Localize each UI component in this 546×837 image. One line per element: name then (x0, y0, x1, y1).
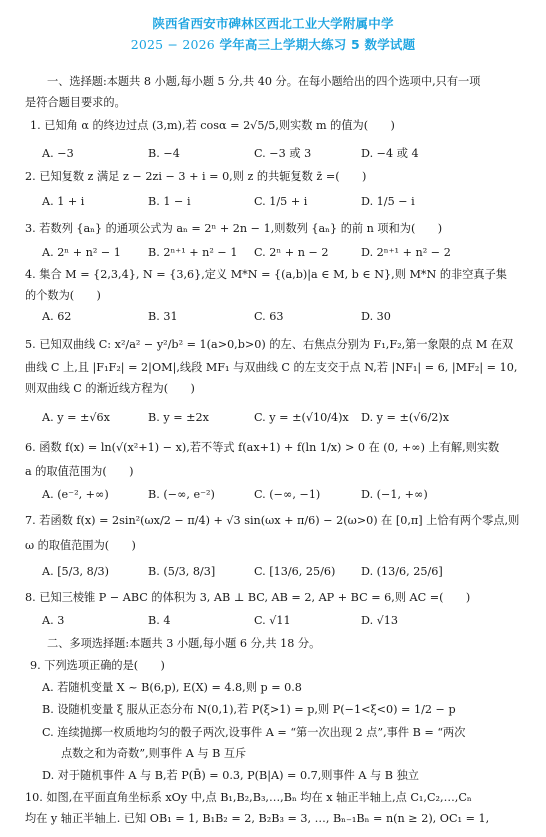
option-d[interactable]: D. (−1, +∞) (361, 488, 428, 502)
question-4-stem-line1: 4. 集合 M = {2,3,4}, N = {3,6},定义 M*N = {(… (25, 268, 507, 282)
question-3-stem: 3. 若数列 {aₙ} 的通项公式为 aₙ = 2ⁿ + 2n − 1,则数列 … (25, 222, 442, 236)
option-d[interactable]: D. 30 (361, 310, 391, 324)
school-title: 陕西省西安市碑林区西北工业大学附属中学 (0, 14, 546, 32)
year-range: 2025 − 2026 (131, 37, 215, 52)
question-5-stem-line2: 曲线 C 上,且 |F₁F₂| = 2|OM|,线段 MF₁ 与双曲线 C 的左… (25, 361, 517, 375)
section-2-intro: 二、多项选择题:本题共 3 小题,每小题 6 分,共 18 分。 (47, 637, 320, 651)
question-number: 1. (30, 119, 41, 132)
option-d[interactable]: D. 2ⁿ⁺¹ + n² − 2 (361, 246, 451, 260)
option-d[interactable]: D. √13 (361, 614, 398, 628)
option-b[interactable]: B. 4 (148, 614, 170, 628)
question-6-stem-line2: a 的取值范围为( ) (25, 465, 133, 479)
option-c[interactable]: C. [13/6, 25/6) (254, 565, 335, 579)
option-b[interactable]: B. 2ⁿ⁺¹ + n² − 1 (148, 246, 237, 260)
question-number: 3. (25, 222, 36, 235)
option-c[interactable]: C. √11 (254, 614, 291, 628)
question-text: 已知角 α 的终边过点 (3,m),若 cosα = 2√5/5,则实数 m 的… (44, 119, 395, 132)
question-number: 5. (25, 338, 36, 351)
option-a[interactable]: A. 1 + i (42, 195, 84, 209)
option-d[interactable]: D. y = ±(√6/2)x (361, 411, 449, 425)
option-b[interactable]: B. (5/3, 8/3] (148, 565, 215, 579)
question-text: 已知三棱锥 P − ABC 的体积为 3, AB ⊥ BC, AB = 2, A… (39, 591, 470, 604)
question-7-stem-line1: 7. 若函数 f(x) = 2sin²(ωx/2 − π/4) + √3 sin… (25, 514, 519, 528)
question-7-stem-line2: ω 的取值范围为( ) (25, 539, 136, 553)
question-number: 10. (25, 791, 43, 804)
question-number: 6. (25, 441, 36, 454)
question-number: 7. (25, 514, 36, 527)
option-d[interactable]: D. (13/6, 25/6] (361, 565, 443, 579)
question-text: 若数列 {aₙ} 的通项公式为 aₙ = 2ⁿ + 2n − 1,则数列 {aₙ… (39, 222, 442, 235)
question-8-stem: 8. 已知三棱锥 P − ABC 的体积为 3, AB ⊥ BC, AB = 2… (25, 591, 470, 605)
exam-title: 2025 − 2026 学年高三上学期大练习 5 数学试题 (0, 35, 546, 53)
question-text: 已知双曲线 C: x²/a² − y²/b² = 1(a>0,b>0) 的左、右… (39, 338, 513, 351)
option-c[interactable]: C. (−∞, −1) (254, 488, 320, 502)
question-6-stem-line1: 6. 函数 f(x) = ln(√(x²+1) − x),若不等式 f(ax+1… (25, 441, 499, 455)
question-text: 下列选项正确的是( ) (44, 659, 165, 672)
question-1-stem: 1. 已知角 α 的终边过点 (3,m),若 cosα = 2√5/5,则实数 … (30, 119, 395, 133)
question-number: 8. (25, 591, 36, 604)
option-b[interactable]: B. y = ±2x (148, 411, 209, 425)
question-text: 集合 M = {2,3,4}, N = {3,6},定义 M*N = {(a,b… (39, 268, 507, 281)
option-b[interactable]: B. 设随机变量 ξ 服从正态分布 N(0,1),若 P(ξ>1) = p,则 … (42, 703, 456, 717)
question-number: 9. (30, 659, 41, 672)
question-5-stem-line1: 5. 已知双曲线 C: x²/a² − y²/b² = 1(a>0,b>0) 的… (25, 338, 513, 352)
option-b[interactable]: B. (−∞, e⁻²) (148, 488, 215, 502)
question-number: 2. (25, 170, 36, 183)
option-a[interactable]: A. 3 (42, 614, 64, 628)
option-b[interactable]: B. 31 (148, 310, 178, 324)
question-10-line2: 均在 y 轴正半轴上. 已知 OB₁ = 1, B₁B₂ = 2, B₂B₃ =… (25, 812, 489, 826)
option-c[interactable]: C. 2ⁿ + n − 2 (254, 246, 329, 260)
option-a[interactable]: A. (e⁻², +∞) (42, 488, 109, 502)
question-10-line1: 10. 如图,在平面直角坐标系 xOy 中,点 B₁,B₂,B₃,…,Bₙ 均在… (25, 791, 472, 805)
option-b[interactable]: B. −4 (148, 147, 180, 161)
option-a[interactable]: A. y = ±√6x (42, 411, 110, 425)
option-c[interactable]: C. −3 或 3 (254, 147, 311, 161)
option-a[interactable]: A. [5/3, 8/3) (42, 565, 109, 579)
question-number: 4. (25, 268, 36, 281)
question-text: 函数 f(x) = ln(√(x²+1) − x),若不等式 f(ax+1) +… (39, 441, 499, 454)
question-4-stem-line2: 的个数为( ) (25, 289, 101, 303)
question-9-stem: 9. 下列选项正确的是( ) (30, 659, 165, 673)
option-a[interactable]: A. −3 (42, 147, 74, 161)
exam-name: 学年高三上学期大练习 5 数学试题 (220, 37, 416, 52)
option-d[interactable]: D. 1/5 − i (361, 195, 415, 209)
option-a[interactable]: A. 62 (42, 310, 71, 324)
question-text: 已知复数 z 满足 z − 2zi − 3 + i = 0,则 z 的共轭复数 … (39, 170, 366, 183)
option-c[interactable]: C. 连续抛掷一枚质地均匀的骰子两次,设事件 A = “第一次出现 2 点”,事… (42, 726, 465, 740)
option-c[interactable]: C. y = ±(√10/4)x (254, 411, 349, 425)
option-c-continued: 点数之和为奇数”,则事件 A 与 B 互斥 (61, 747, 246, 761)
question-2-stem: 2. 已知复数 z 满足 z − 2zi − 3 + i = 0,则 z 的共轭… (25, 170, 366, 184)
section-1-intro-line2: 是符合题目要求的。 (25, 96, 126, 110)
option-d[interactable]: D. −4 或 4 (361, 147, 419, 161)
option-c[interactable]: C. 1/5 + i (254, 195, 307, 209)
question-5-stem-line3: 则双曲线 C 的渐近线方程为( ) (25, 382, 195, 396)
option-c[interactable]: C. 63 (254, 310, 284, 324)
option-b[interactable]: B. 1 − i (148, 195, 191, 209)
section-1-intro-line1: 一、选择题:本题共 8 小题,每小题 5 分,共 40 分。在每小题给出的四个选… (47, 75, 480, 89)
option-a[interactable]: A. 若随机变量 X ~ B(6,p), E(X) = 4.8,则 p = 0.… (42, 681, 302, 695)
question-text: 如图,在平面直角坐标系 xOy 中,点 B₁,B₂,B₃,…,Bₙ 均在 x 轴… (46, 791, 471, 804)
question-text: 若函数 f(x) = 2sin²(ωx/2 − π/4) + √3 sin(ωx… (39, 514, 519, 527)
option-a[interactable]: A. 2ⁿ + n² − 1 (42, 246, 121, 260)
option-d[interactable]: D. 对于随机事件 A 与 B,若 P(B̄) = 0.3, P(B|A) = … (42, 769, 419, 783)
